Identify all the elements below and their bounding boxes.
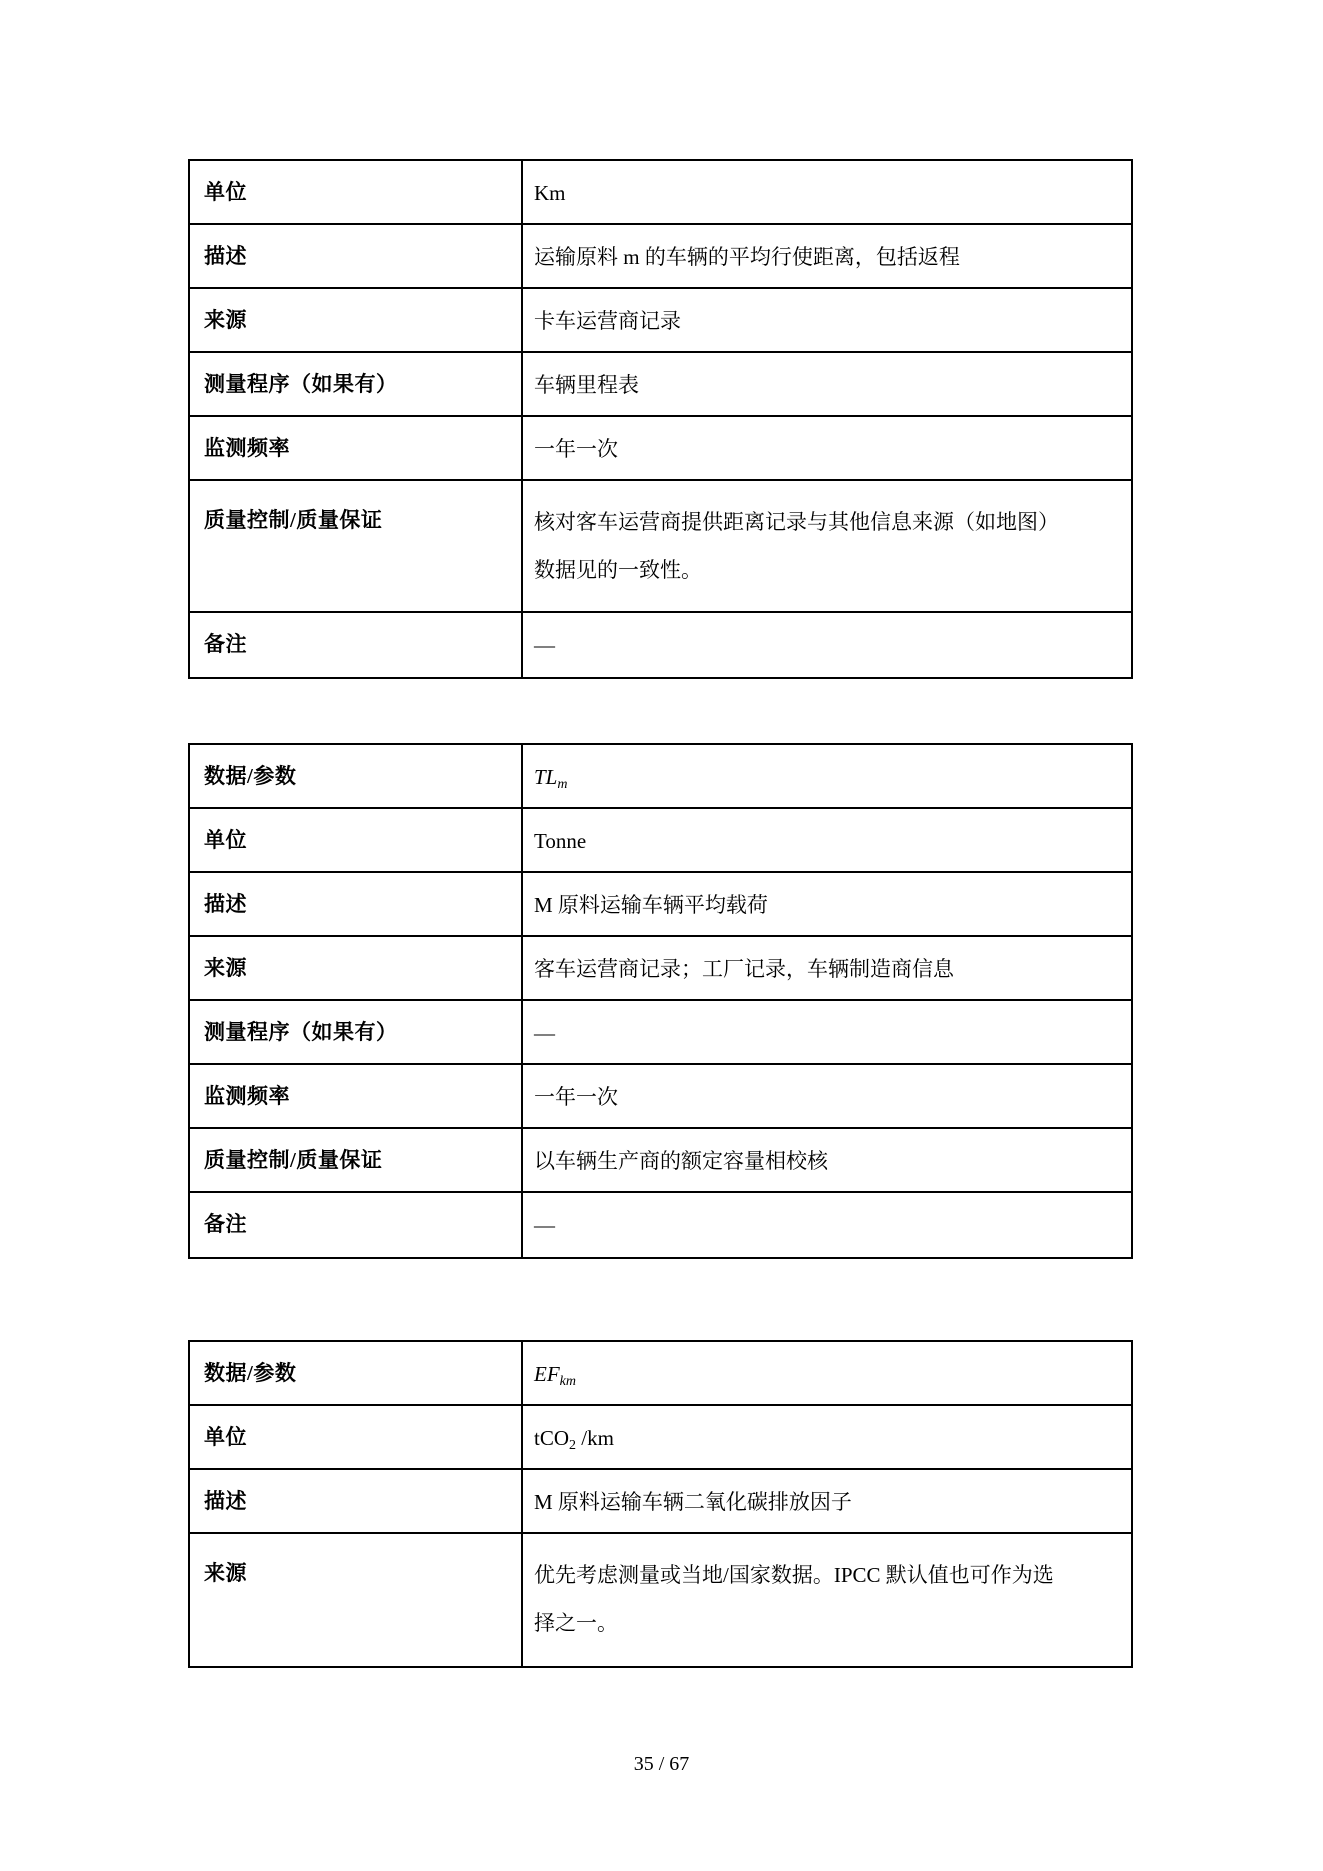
row-label: 描述 bbox=[190, 225, 523, 287]
row-label: 来源 bbox=[190, 289, 523, 351]
row-label: 数据/参数 bbox=[190, 1342, 523, 1404]
row-label: 备注 bbox=[190, 1193, 523, 1257]
table-row: 单位Tonne bbox=[190, 809, 1131, 873]
row-label: 质量控制/质量保证 bbox=[190, 481, 523, 611]
row-label: 备注 bbox=[190, 613, 523, 677]
row-label: 测量程序（如果有） bbox=[190, 1001, 523, 1063]
row-value: 核对客车运营商提供距离记录与其他信息来源（如地图）数据见的一致性。 bbox=[523, 481, 1131, 611]
row-value: M 原料运输车辆二氧化碳排放因子 bbox=[523, 1470, 1131, 1532]
table-row: 测量程序（如果有）车辆里程表 bbox=[190, 353, 1131, 417]
value-text: — bbox=[534, 1021, 555, 1045]
value-text: Tonne bbox=[534, 829, 586, 853]
value-text: m bbox=[557, 777, 567, 792]
table-row: 数据/参数EFkm bbox=[190, 1342, 1131, 1406]
value-text: 一年一次 bbox=[534, 437, 618, 461]
row-label: 来源 bbox=[190, 937, 523, 999]
parameter-table-3: 数据/参数EFkm单位tCO2 /km描述M 原料运输车辆二氧化碳排放因子来源优… bbox=[188, 1340, 1133, 1668]
row-value: — bbox=[523, 1193, 1131, 1257]
row-value: 运输原料 m 的车辆的平均行使距离，包括返程 bbox=[523, 225, 1131, 287]
table-row: 数据/参数TLm bbox=[190, 745, 1131, 809]
value-text: 择之一。 bbox=[534, 1611, 618, 1635]
row-label: 单位 bbox=[190, 161, 523, 223]
page-number: 35 / 67 bbox=[0, 1753, 1323, 1776]
row-value: 一年一次 bbox=[523, 1065, 1131, 1127]
row-value: M 原料运输车辆平均载荷 bbox=[523, 873, 1131, 935]
table-row: 单位Km bbox=[190, 161, 1131, 225]
value-text: 客车运营商记录；工厂记录，车辆制造商信息 bbox=[534, 957, 954, 981]
table-row: 来源卡车运营商记录 bbox=[190, 289, 1131, 353]
row-label: 监测频率 bbox=[190, 1065, 523, 1127]
value-text: M 原料运输车辆平均载荷 bbox=[534, 893, 768, 917]
value-text: /km bbox=[576, 1426, 614, 1450]
row-value: 车辆里程表 bbox=[523, 353, 1131, 415]
table-row: 测量程序（如果有）— bbox=[190, 1001, 1131, 1065]
row-value: 优先考虑测量或当地/国家数据。IPCC 默认值也可作为选择之一。 bbox=[523, 1534, 1131, 1666]
row-value: 卡车运营商记录 bbox=[523, 289, 1131, 351]
row-value: Km bbox=[523, 161, 1131, 223]
value-text: TL bbox=[534, 765, 557, 789]
value-text: — bbox=[534, 1213, 555, 1237]
value-text: tCO bbox=[534, 1426, 569, 1450]
value-text: EF bbox=[534, 1362, 560, 1386]
table-row: 来源优先考虑测量或当地/国家数据。IPCC 默认值也可作为选择之一。 bbox=[190, 1534, 1131, 1666]
parameter-table-1: 单位Km描述运输原料 m 的车辆的平均行使距离，包括返程来源卡车运营商记录测量程… bbox=[188, 159, 1133, 679]
row-label: 描述 bbox=[190, 873, 523, 935]
value-text: 一年一次 bbox=[534, 1085, 618, 1109]
value-text: — bbox=[534, 633, 555, 657]
value-text: 车辆里程表 bbox=[534, 373, 639, 397]
row-label: 单位 bbox=[190, 809, 523, 871]
value-text: Km bbox=[534, 181, 566, 205]
value-text: 数据见的一致性。 bbox=[534, 558, 702, 582]
row-value: — bbox=[523, 613, 1131, 677]
value-text: 核对客车运营商提供距离记录与其他信息来源（如地图） bbox=[534, 510, 1059, 534]
row-label: 描述 bbox=[190, 1470, 523, 1532]
table-row: 描述M 原料运输车辆二氧化碳排放因子 bbox=[190, 1470, 1131, 1534]
table-row: 监测频率一年一次 bbox=[190, 1065, 1131, 1129]
table-row: 单位tCO2 /km bbox=[190, 1406, 1131, 1470]
table-row: 备注— bbox=[190, 1193, 1131, 1257]
row-label: 来源 bbox=[190, 1534, 523, 1666]
row-value: 以车辆生产商的额定容量相校核 bbox=[523, 1129, 1131, 1191]
row-label: 数据/参数 bbox=[190, 745, 523, 807]
parameter-table-2: 数据/参数TLm单位Tonne描述M 原料运输车辆平均载荷来源客车运营商记录；工… bbox=[188, 743, 1133, 1259]
value-text: M 原料运输车辆二氧化碳排放因子 bbox=[534, 1490, 852, 1514]
row-label: 单位 bbox=[190, 1406, 523, 1468]
table-row: 质量控制/质量保证以车辆生产商的额定容量相校核 bbox=[190, 1129, 1131, 1193]
row-value: 客车运营商记录；工厂记录，车辆制造商信息 bbox=[523, 937, 1131, 999]
value-text: km bbox=[560, 1374, 576, 1389]
table-row: 描述运输原料 m 的车辆的平均行使距离，包括返程 bbox=[190, 225, 1131, 289]
row-value: TLm bbox=[523, 745, 1131, 807]
document-page: 单位Km描述运输原料 m 的车辆的平均行使距离，包括返程来源卡车运营商记录测量程… bbox=[0, 0, 1323, 1871]
table-row: 监测频率一年一次 bbox=[190, 417, 1131, 481]
tables-root: 单位Km描述运输原料 m 的车辆的平均行使距离，包括返程来源卡车运营商记录测量程… bbox=[188, 159, 1133, 1668]
value-text: 优先考虑测量或当地/国家数据。IPCC 默认值也可作为选 bbox=[534, 1563, 1054, 1587]
row-label: 质量控制/质量保证 bbox=[190, 1129, 523, 1191]
table-row: 备注— bbox=[190, 613, 1131, 677]
row-value: tCO2 /km bbox=[523, 1406, 1131, 1468]
row-label: 监测频率 bbox=[190, 417, 523, 479]
value-text: 运输原料 m 的车辆的平均行使距离，包括返程 bbox=[534, 245, 960, 269]
row-label: 测量程序（如果有） bbox=[190, 353, 523, 415]
table-row: 来源客车运营商记录；工厂记录，车辆制造商信息 bbox=[190, 937, 1131, 1001]
row-value: EFkm bbox=[523, 1342, 1131, 1404]
value-text: 卡车运营商记录 bbox=[534, 309, 681, 333]
table-row: 描述M 原料运输车辆平均载荷 bbox=[190, 873, 1131, 937]
row-value: Tonne bbox=[523, 809, 1131, 871]
table-row: 质量控制/质量保证核对客车运营商提供距离记录与其他信息来源（如地图）数据见的一致… bbox=[190, 481, 1131, 613]
row-value: — bbox=[523, 1001, 1131, 1063]
value-text: 2 bbox=[569, 1438, 576, 1453]
value-text: 以车辆生产商的额定容量相校核 bbox=[534, 1149, 828, 1173]
row-value: 一年一次 bbox=[523, 417, 1131, 479]
